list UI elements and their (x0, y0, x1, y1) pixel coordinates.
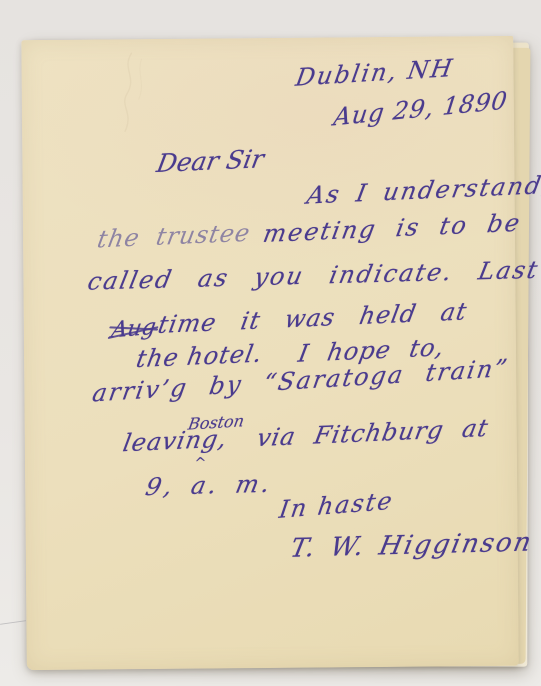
closing: In haste (277, 489, 395, 524)
body-line-2-end: meeting is to be (261, 211, 523, 248)
body-line-5-start: the hotel. (134, 341, 265, 372)
background-hairline (0, 620, 26, 625)
salutation: Dear Sir (154, 146, 266, 177)
body-line-3: called as you indicate. Last (85, 258, 541, 295)
letter-paper: Dublin, NH Aug 29, 1890 Dear Sir As I un… (21, 36, 518, 670)
body-line-4: time it was held at (156, 299, 469, 338)
body-line-7-end: via Fitchburg at (255, 416, 491, 452)
body-line-7-start: leaving, (121, 427, 229, 457)
struck-out-word: Aug (110, 316, 158, 343)
struck-out-word-text: Aug (110, 316, 158, 343)
heading-date: Aug 29, 1890 (332, 88, 509, 130)
letter-photo-scene: Dublin, NH Aug 29, 1890 Dear Sir As I un… (0, 0, 541, 686)
body-line-1: As I understand, (305, 173, 541, 209)
body-line-8-time: 9, a. m. (143, 472, 275, 501)
body-line-2-start: the trustee (95, 221, 252, 253)
signature: T. W. Higginson (288, 529, 535, 563)
heading-place: Dublin, NH (294, 56, 456, 91)
insertion-caret: ^ (194, 456, 206, 471)
faint-pencil-mark (93, 39, 164, 150)
